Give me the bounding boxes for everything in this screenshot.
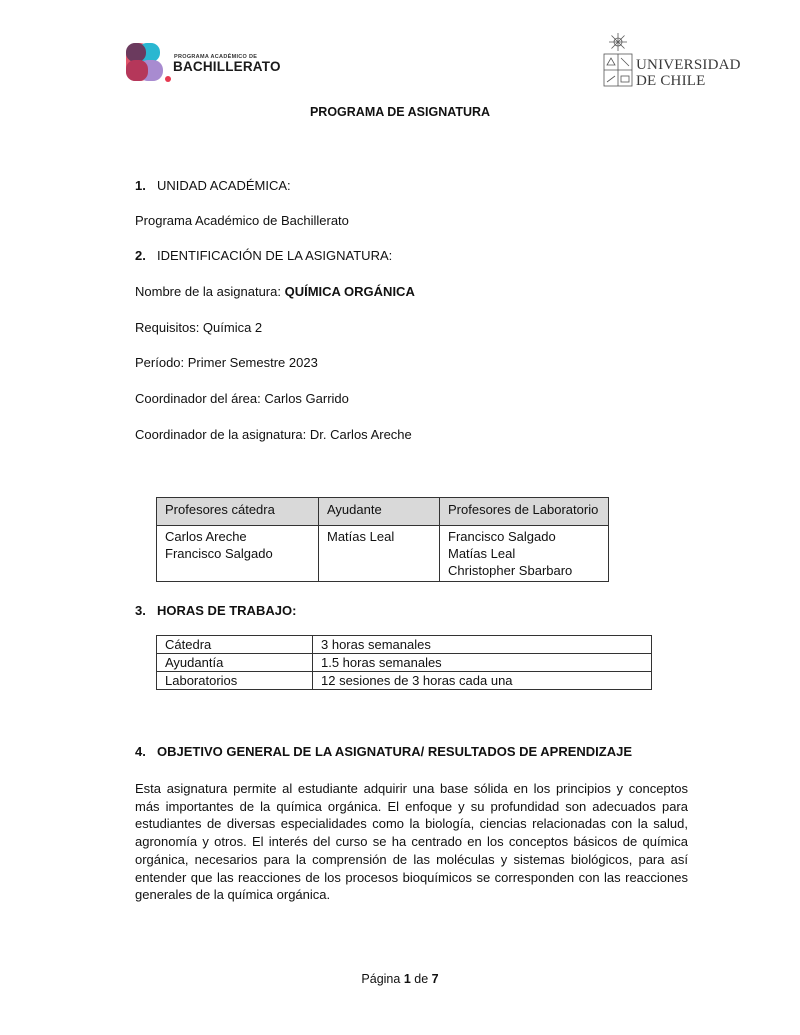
table-cell: Carlos Areche Francisco Salgado [157,526,319,582]
document-title: PROGRAMA DE ASIGNATURA [0,105,800,119]
course-name-label: Nombre de la asignatura: [135,284,285,299]
table-row: Carlos Areche Francisco Salgado Matías L… [157,526,609,582]
university-name-line1: UNIVERSIDAD [636,57,741,74]
table-cell: Matías Leal [319,526,440,582]
section-number: 3. [135,603,157,618]
lab-professor-name: Francisco Salgado [448,528,600,545]
section-3-heading: 3.HORAS DE TRABAJO: [135,603,296,618]
section-1-heading: 1.UNIDAD ACADÉMICA: [135,178,291,193]
total-page-count: 7 [432,972,439,986]
lab-professor-name: Matías Leal [448,545,600,562]
table-header-row: Profesores cátedra Ayudante Profesores d… [157,498,609,526]
hours-table: Cátedra 3 horas semanales Ayudantía 1.5 … [156,635,652,690]
section-heading-text: UNIDAD ACADÉMICA: [157,178,291,193]
current-page-number: 1 [404,972,411,986]
periodo-line: Período: Primer Semestre 2023 [135,355,318,370]
section-number: 1. [135,178,157,193]
page-footer: Página 1 de 7 [0,972,800,986]
bachillerato-logo: PROGRAMA ACADÉMICO DE BACHILLERATO [124,42,294,84]
course-name-value: QUÍMICA ORGÁNICA [285,284,415,299]
assistant-name: Matías Leal [327,528,431,545]
table-cell: 3 horas semanales [313,636,652,654]
footer-middle: de [411,972,432,986]
table-cell: Laboratorios [157,672,313,690]
table-header-cell: Profesores cátedra [157,498,319,526]
table-cell: 12 sesiones de 3 horas cada una [313,672,652,690]
section-number: 4. [135,744,157,759]
lab-professor-name: Christopher Sbarbaro [448,562,600,579]
section-2-heading: 2.IDENTIFICACIÓN DE LA ASIGNATURA: [135,248,392,263]
table-header-cell: Profesores de Laboratorio [440,498,609,526]
professors-table: Profesores cátedra Ayudante Profesores d… [156,497,609,582]
coordinador-asignatura-line: Coordinador de la asignatura: Dr. Carlos… [135,427,412,442]
section-4-heading: 4.OBJETIVO GENERAL DE LA ASIGNATURA/ RES… [135,744,632,759]
objective-paragraph: Esta asignatura permite al estudiante ad… [135,780,688,904]
section-heading-text: HORAS DE TRABAJO: [157,603,296,618]
table-cell: 1.5 horas semanales [313,654,652,672]
footer-prefix: Página [361,972,403,986]
table-cell: Cátedra [157,636,313,654]
requisitos-line: Requisitos: Química 2 [135,320,262,335]
universidad-de-chile-crest-icon [603,32,633,88]
professor-name: Francisco Salgado [165,545,310,562]
bachillerato-logo-icon [124,42,172,84]
logo-title: BACHILLERATO [173,59,281,74]
table-cell: Francisco Salgado Matías Leal Christophe… [440,526,609,582]
table-row: Ayudantía 1.5 horas semanales [157,654,652,672]
university-name-line2: DE CHILE [636,73,706,90]
course-name-line: Nombre de la asignatura: QUÍMICA ORGÁNIC… [135,284,415,299]
universidad-de-chile-logo: UNIVERSIDAD DE CHILE [603,32,743,90]
professor-name: Carlos Areche [165,528,310,545]
coordinador-area-line: Coordinador del área: Carlos Garrido [135,391,349,406]
table-cell: Ayudantía [157,654,313,672]
table-row: Cátedra 3 horas semanales [157,636,652,654]
table-header-cell: Ayudante [319,498,440,526]
table-row: Laboratorios 12 sesiones de 3 horas cada… [157,672,652,690]
unidad-academica-value: Programa Académico de Bachillerato [135,213,349,228]
section-heading-text: OBJETIVO GENERAL DE LA ASIGNATURA/ RESUL… [157,744,632,759]
section-number: 2. [135,248,157,263]
section-heading-text: IDENTIFICACIÓN DE LA ASIGNATURA: [157,248,392,263]
